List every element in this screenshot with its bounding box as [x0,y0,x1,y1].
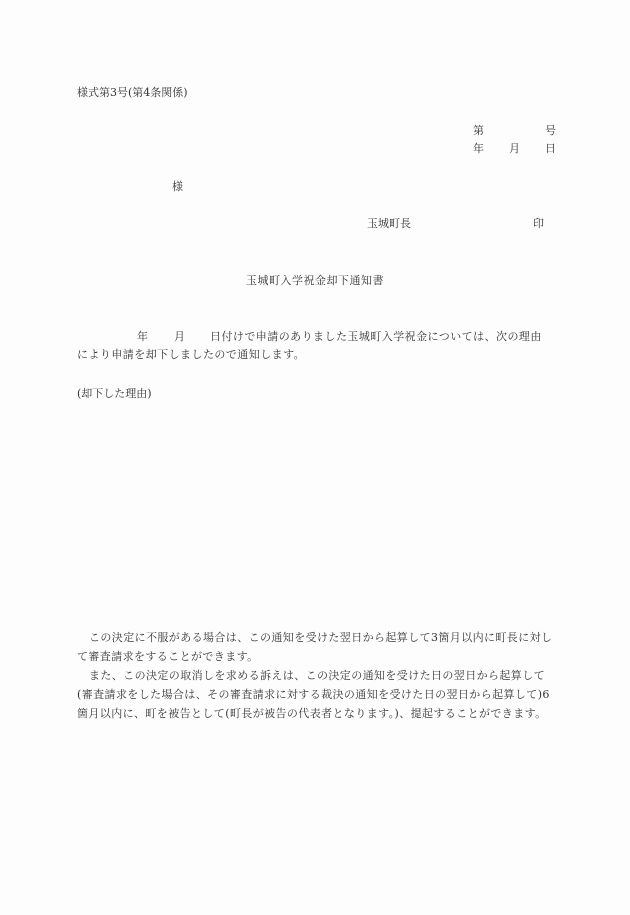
document-title: 玉城町入学祝金却下通知書 [246,274,384,287]
reason-label: (却下した理由) [77,387,152,400]
body-year: 年 [137,330,148,343]
number-prefix: 第 [473,124,484,137]
date-year: 年 [473,142,484,155]
appeal-notice: この決定に不服がある場合は、この通知を受けた翌日から起算して3箇月以内に町長に対… [77,628,557,723]
form-number: 様式第3号(第4条関係) [77,86,188,99]
body-line1: 日付けで申請のありました玉城町入学祝金については、次の理由 [210,330,542,343]
number-suffix: 号 [545,124,556,137]
issuer-seal: 印 [533,217,544,230]
body-line2: により申請を却下しましたので通知します。 [77,348,305,361]
addressee-honorific: 様 [172,180,183,193]
date-month: 月 [509,142,520,155]
date-day: 日 [545,142,556,155]
body-month: 月 [174,330,185,343]
notice-paragraph-2: また、この決定の取消しを求める訴えは、この決定の通知を受けた日の翌日から起算して… [77,666,557,723]
notice-paragraph-1: この決定に不服がある場合は、この通知を受けた翌日から起算して3箇月以内に町長に対… [77,628,557,666]
issuer-title: 玉城町長 [367,217,411,230]
